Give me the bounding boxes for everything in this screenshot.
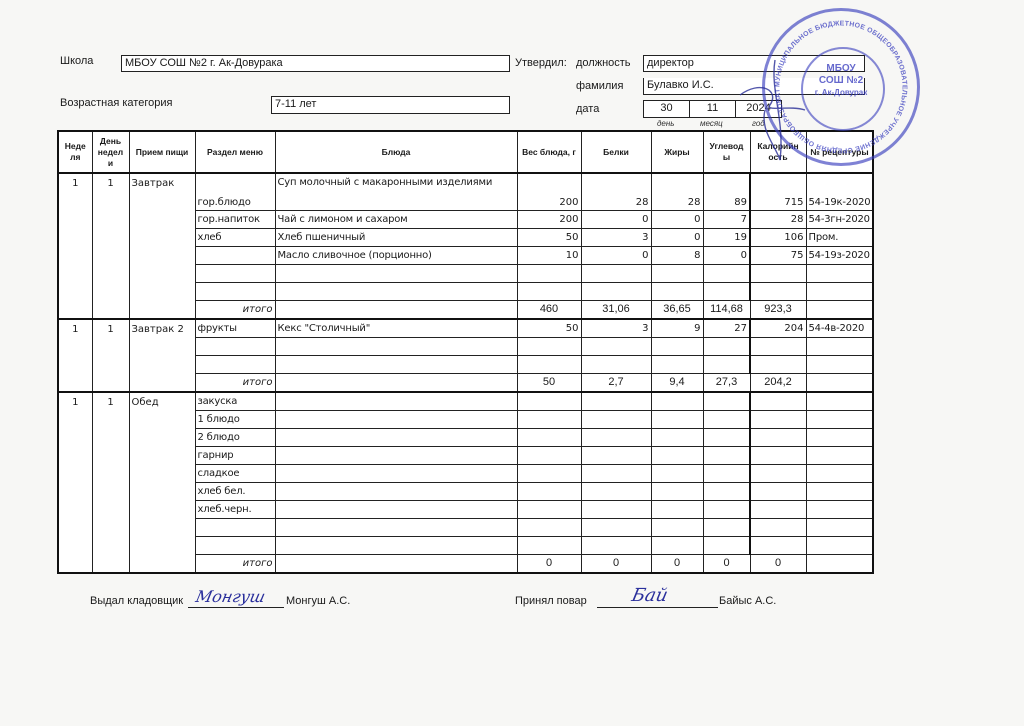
total-label: итого bbox=[195, 301, 275, 320]
section-cell[interactable]: хлеб bbox=[195, 229, 275, 247]
dish-cell[interactable] bbox=[275, 465, 517, 483]
kcal-cell[interactable] bbox=[750, 265, 806, 283]
section-cell[interactable]: 1 блюдо bbox=[195, 411, 275, 429]
fat-cell[interactable]: 28 bbox=[651, 173, 703, 211]
kcal-cell[interactable] bbox=[750, 392, 806, 411]
protein-cell[interactable] bbox=[581, 265, 651, 283]
day-caption: день bbox=[657, 119, 674, 128]
col-header-fat: Жиры bbox=[651, 131, 703, 173]
col-header-week: Неде ля bbox=[58, 131, 92, 173]
recipe-cell[interactable] bbox=[806, 483, 873, 501]
received-by-label: Принял повар bbox=[515, 595, 587, 607]
director-signature-icon bbox=[720, 50, 840, 180]
day-cell[interactable]: 1 bbox=[92, 392, 129, 573]
fat-cell[interactable] bbox=[651, 265, 703, 283]
kcal-cell[interactable]: 75 bbox=[750, 247, 806, 265]
carbs-cell[interactable]: 19 bbox=[703, 229, 750, 247]
weight-cell[interactable] bbox=[517, 265, 581, 283]
dish-cell[interactable] bbox=[275, 483, 517, 501]
received-signature: Бай bbox=[630, 585, 670, 606]
section-cell[interactable]: закуска bbox=[195, 392, 275, 411]
total-carbs: 114,68 bbox=[703, 301, 750, 320]
col-header-protein: Белки bbox=[581, 131, 651, 173]
kcal-cell[interactable] bbox=[750, 483, 806, 501]
weight-cell[interactable] bbox=[517, 338, 581, 356]
school-label: Школа bbox=[60, 55, 93, 67]
total-carbs: 27,3 bbox=[703, 374, 750, 393]
dish-cell[interactable] bbox=[275, 356, 517, 374]
recipe-cell[interactable] bbox=[806, 465, 873, 483]
total-protein: 31,06 bbox=[581, 301, 651, 320]
weight-cell[interactable] bbox=[517, 483, 581, 501]
meal-cell[interactable]: Завтрак 2 bbox=[129, 319, 195, 392]
fat-cell[interactable] bbox=[651, 519, 703, 537]
section-cell[interactable]: гор.блюдо bbox=[195, 173, 275, 211]
school-field[interactable]: МБОУ СОШ №2 г. Ак-Довурака bbox=[121, 55, 510, 72]
recipe-cell[interactable] bbox=[806, 392, 873, 411]
total-weight: 50 bbox=[517, 374, 581, 393]
total-recipe-cell bbox=[806, 301, 873, 320]
protein-cell[interactable] bbox=[581, 483, 651, 501]
menu-table: Неде ля День недел и Прием пищи Раздел м… bbox=[57, 130, 874, 574]
col-header-weight: Вес блюда, г bbox=[517, 131, 581, 173]
week-cell[interactable]: 1 bbox=[58, 392, 92, 573]
carbs-cell[interactable] bbox=[703, 411, 750, 429]
dish-cell[interactable] bbox=[275, 338, 517, 356]
protein-cell[interactable]: 28 bbox=[581, 173, 651, 211]
fat-cell[interactable]: 0 bbox=[651, 229, 703, 247]
fat-cell[interactable]: 0 bbox=[651, 211, 703, 229]
total-kcal: 923,3 bbox=[750, 301, 806, 320]
carbs-cell[interactable]: 27 bbox=[703, 319, 750, 338]
protein-cell[interactable] bbox=[581, 465, 651, 483]
kcal-cell[interactable] bbox=[750, 338, 806, 356]
fat-cell[interactable] bbox=[651, 465, 703, 483]
dish-cell[interactable] bbox=[275, 447, 517, 465]
fat-cell[interactable] bbox=[651, 356, 703, 374]
col-header-section: Раздел меню bbox=[195, 131, 275, 173]
recipe-cell[interactable] bbox=[806, 429, 873, 447]
carbs-cell[interactable] bbox=[703, 429, 750, 447]
total-weight: 460 bbox=[517, 301, 581, 320]
total-label: итого bbox=[195, 374, 275, 393]
recipe-cell[interactable] bbox=[806, 519, 873, 537]
weight-cell[interactable]: 10 bbox=[517, 247, 581, 265]
total-label: итого bbox=[195, 555, 275, 574]
kcal-cell[interactable] bbox=[750, 356, 806, 374]
total-fat: 0 bbox=[651, 555, 703, 574]
section-cell[interactable]: фрукты bbox=[195, 319, 275, 338]
dish-cell[interactable] bbox=[275, 411, 517, 429]
day-cell[interactable]: 1 bbox=[92, 319, 129, 392]
weight-cell[interactable] bbox=[517, 392, 581, 411]
fat-cell[interactable] bbox=[651, 483, 703, 501]
fat-cell[interactable] bbox=[651, 447, 703, 465]
fat-cell[interactable] bbox=[651, 411, 703, 429]
date-day-field[interactable]: 30 bbox=[643, 100, 690, 118]
meal-cell[interactable]: Обед bbox=[129, 392, 195, 573]
protein-cell[interactable] bbox=[581, 411, 651, 429]
recipe-cell[interactable] bbox=[806, 501, 873, 519]
recipe-cell[interactable] bbox=[806, 265, 873, 283]
dish-cell[interactable]: Чай с лимоном и сахаром bbox=[275, 211, 517, 229]
weight-cell[interactable]: 50 bbox=[517, 319, 581, 338]
dish-cell[interactable]: Кекс "Столичный" bbox=[275, 319, 517, 338]
total-weight: 0 bbox=[517, 555, 581, 574]
week-cell[interactable]: 1 bbox=[58, 173, 92, 319]
carbs-cell[interactable] bbox=[703, 338, 750, 356]
total-dish-cell bbox=[275, 555, 517, 574]
section-cell[interactable] bbox=[195, 338, 275, 356]
section-cell[interactable]: 2 блюдо bbox=[195, 429, 275, 447]
col-header-meal: Прием пищи bbox=[129, 131, 195, 173]
fat-cell[interactable] bbox=[651, 338, 703, 356]
section-cell[interactable]: хлеб.черн. bbox=[195, 501, 275, 519]
carbs-cell[interactable] bbox=[703, 483, 750, 501]
weight-cell[interactable] bbox=[517, 465, 581, 483]
fat-cell[interactable] bbox=[651, 429, 703, 447]
fat-cell[interactable] bbox=[651, 501, 703, 519]
protein-cell[interactable] bbox=[581, 537, 651, 555]
weight-cell[interactable] bbox=[517, 429, 581, 447]
carbs-cell[interactable] bbox=[703, 465, 750, 483]
dish-cell[interactable] bbox=[275, 501, 517, 519]
kcal-cell[interactable] bbox=[750, 519, 806, 537]
fat-cell[interactable]: 8 bbox=[651, 247, 703, 265]
carbs-cell[interactable]: 0 bbox=[703, 247, 750, 265]
total-dish-cell bbox=[275, 301, 517, 320]
protein-cell[interactable]: 0 bbox=[581, 211, 651, 229]
weight-cell[interactable] bbox=[517, 356, 581, 374]
section-cell[interactable]: гарнир bbox=[195, 447, 275, 465]
meal-cell[interactable]: Завтрак bbox=[129, 173, 195, 319]
carbs-cell[interactable] bbox=[703, 392, 750, 411]
recipe-cell[interactable] bbox=[806, 447, 873, 465]
approved-label: Утвердил: bbox=[515, 57, 567, 69]
col-header-dish: Блюда bbox=[275, 131, 517, 173]
recipe-cell[interactable]: 54-4в-2020 bbox=[806, 319, 873, 338]
position-label: должность bbox=[576, 57, 631, 69]
age-category-label: Возрастная категория bbox=[60, 97, 172, 109]
kcal-cell[interactable] bbox=[750, 411, 806, 429]
kcal-cell[interactable] bbox=[750, 283, 806, 301]
total-protein: 0 bbox=[581, 555, 651, 574]
dish-cell[interactable]: Хлеб пшеничный bbox=[275, 229, 517, 247]
fat-cell[interactable] bbox=[651, 283, 703, 301]
recipe-cell[interactable] bbox=[806, 338, 873, 356]
protein-cell[interactable] bbox=[581, 338, 651, 356]
recipe-cell[interactable]: 54-3гн-2020 bbox=[806, 211, 873, 229]
dish-cell[interactable]: Масло сливочное (порционно) bbox=[275, 247, 517, 265]
recipe-cell[interactable] bbox=[806, 411, 873, 429]
carbs-cell[interactable] bbox=[703, 356, 750, 374]
carbs-cell[interactable] bbox=[703, 519, 750, 537]
issued-signature: Монгуш bbox=[194, 587, 267, 606]
week-cell[interactable]: 1 bbox=[58, 319, 92, 392]
dish-cell[interactable] bbox=[275, 519, 517, 537]
weight-cell[interactable] bbox=[517, 411, 581, 429]
weight-cell[interactable] bbox=[517, 283, 581, 301]
table-row: 11Завтрак 2фруктыКекс "Столичный"5039272… bbox=[58, 319, 873, 338]
kcal-cell[interactable] bbox=[750, 429, 806, 447]
total-protein: 2,7 bbox=[581, 374, 651, 393]
weight-cell[interactable]: 200 bbox=[517, 211, 581, 229]
kcal-cell[interactable]: 28 bbox=[750, 211, 806, 229]
section-cell[interactable]: сладкое bbox=[195, 465, 275, 483]
fat-cell[interactable] bbox=[651, 392, 703, 411]
dish-cell[interactable] bbox=[275, 429, 517, 447]
dish-cell[interactable] bbox=[275, 392, 517, 411]
dish-cell[interactable] bbox=[275, 283, 517, 301]
dish-cell[interactable]: Суп молочный с макаронными изделиями bbox=[275, 173, 517, 211]
section-cell[interactable]: хлеб бел. bbox=[195, 483, 275, 501]
kcal-cell[interactable] bbox=[750, 501, 806, 519]
protein-cell[interactable] bbox=[581, 283, 651, 301]
carbs-cell[interactable]: 7 bbox=[703, 211, 750, 229]
total-recipe-cell bbox=[806, 555, 873, 574]
carbs-cell[interactable] bbox=[703, 447, 750, 465]
weight-cell[interactable] bbox=[517, 519, 581, 537]
protein-cell[interactable]: 0 bbox=[581, 247, 651, 265]
kcal-cell[interactable] bbox=[750, 465, 806, 483]
total-carbs: 0 bbox=[703, 555, 750, 574]
kcal-cell[interactable]: 106 bbox=[750, 229, 806, 247]
dish-cell[interactable] bbox=[275, 265, 517, 283]
section-cell[interactable] bbox=[195, 537, 275, 555]
section-cell[interactable] bbox=[195, 519, 275, 537]
day-cell[interactable]: 1 bbox=[92, 173, 129, 319]
kcal-cell[interactable] bbox=[750, 537, 806, 555]
protein-cell[interactable] bbox=[581, 519, 651, 537]
recipe-cell[interactable] bbox=[806, 283, 873, 301]
fat-cell[interactable]: 9 bbox=[651, 319, 703, 338]
issued-by-label: Выдал кладовщик bbox=[90, 595, 183, 607]
total-fat: 9,4 bbox=[651, 374, 703, 393]
kcal-cell[interactable] bbox=[750, 447, 806, 465]
fat-cell[interactable] bbox=[651, 537, 703, 555]
carbs-cell[interactable] bbox=[703, 265, 750, 283]
section-cell[interactable]: гор.напиток bbox=[195, 211, 275, 229]
protein-cell[interactable] bbox=[581, 392, 651, 411]
protein-cell[interactable]: 3 bbox=[581, 229, 651, 247]
section-cell[interactable] bbox=[195, 356, 275, 374]
carbs-cell[interactable] bbox=[703, 501, 750, 519]
total-kcal: 204,2 bbox=[750, 374, 806, 393]
section-cell[interactable] bbox=[195, 265, 275, 283]
table-row: 11Обедзакуска bbox=[58, 392, 873, 411]
weight-cell[interactable] bbox=[517, 447, 581, 465]
section-cell[interactable] bbox=[195, 283, 275, 301]
dish-cell[interactable] bbox=[275, 537, 517, 555]
received-by-name: Байыс А.С. bbox=[719, 595, 776, 607]
recipe-cell[interactable]: Пром. bbox=[806, 229, 873, 247]
protein-cell[interactable]: 3 bbox=[581, 319, 651, 338]
age-category-field[interactable]: 7-11 лет bbox=[271, 96, 510, 114]
total-kcal: 0 bbox=[750, 555, 806, 574]
carbs-cell[interactable] bbox=[703, 283, 750, 301]
section-cell[interactable] bbox=[195, 247, 275, 265]
recipe-cell[interactable] bbox=[806, 537, 873, 555]
total-fat: 36,65 bbox=[651, 301, 703, 320]
surname-label: фамилия bbox=[576, 80, 623, 92]
weight-cell[interactable]: 50 bbox=[517, 229, 581, 247]
weight-cell[interactable]: 200 bbox=[517, 173, 581, 211]
col-header-day: День недел и bbox=[92, 131, 129, 173]
protein-cell[interactable] bbox=[581, 447, 651, 465]
recipe-cell[interactable] bbox=[806, 356, 873, 374]
kcal-cell[interactable]: 204 bbox=[750, 319, 806, 338]
recipe-cell[interactable]: 54-19з-2020 bbox=[806, 247, 873, 265]
carbs-cell[interactable] bbox=[703, 537, 750, 555]
total-recipe-cell bbox=[806, 374, 873, 393]
date-label: дата bbox=[576, 103, 599, 115]
total-dish-cell bbox=[275, 374, 517, 393]
issued-by-name: Монгуш А.С. bbox=[286, 595, 350, 607]
protein-cell[interactable] bbox=[581, 501, 651, 519]
weight-cell[interactable] bbox=[517, 501, 581, 519]
protein-cell[interactable] bbox=[581, 429, 651, 447]
weight-cell[interactable] bbox=[517, 537, 581, 555]
protein-cell[interactable] bbox=[581, 356, 651, 374]
